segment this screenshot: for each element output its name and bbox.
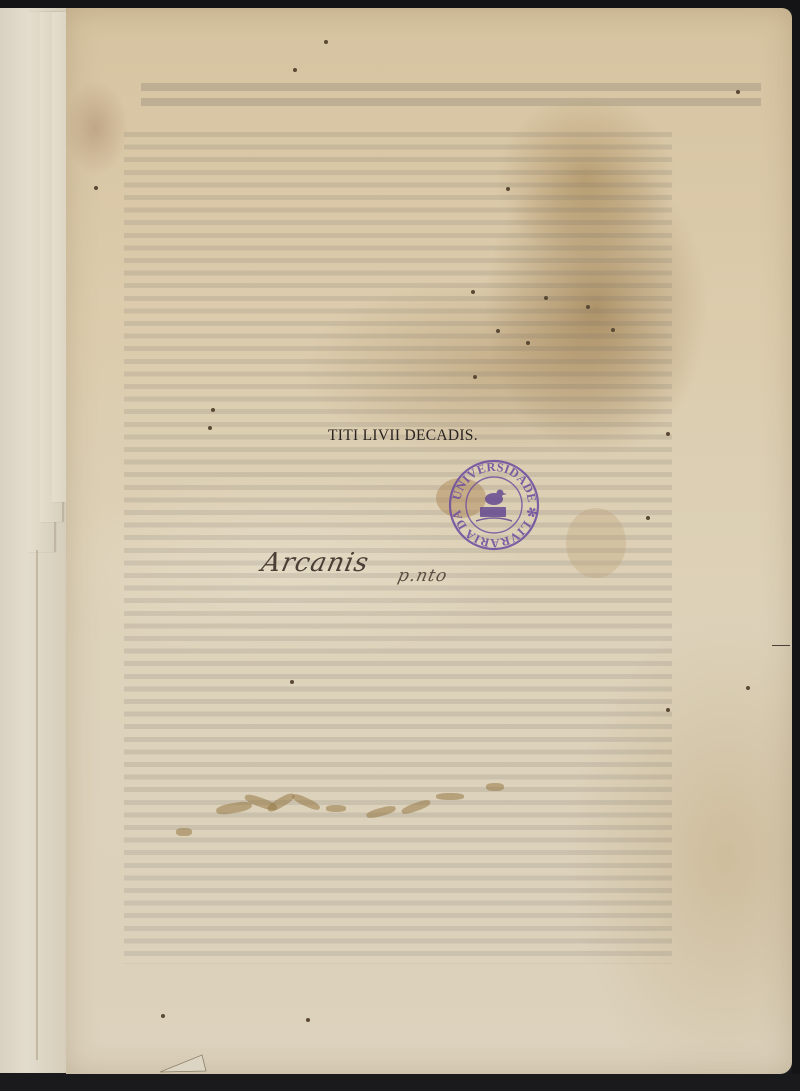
foxing-spot [211, 408, 215, 412]
water-stain [566, 508, 626, 578]
scanner-background-right [792, 8, 800, 1074]
wavy-stain [326, 805, 346, 812]
foxing-spot [666, 708, 670, 712]
foxing-spot [646, 516, 650, 520]
book-title: TITI LIVII DECADIS. [328, 427, 478, 445]
handwritten-annotation-2: p.nto [396, 566, 450, 586]
scanned-book-spread: TITI LIVII DECADIS. UNIVERSIDADE ✻ LIVRA… [0, 0, 800, 1091]
wavy-stain [436, 793, 464, 800]
foxing-spot [666, 432, 670, 436]
foxing-spot [290, 680, 294, 684]
margin-tick-mark [772, 645, 790, 646]
torn-corner-fold [160, 1053, 208, 1073]
bird-on-book-icon [476, 490, 512, 522]
foxing-spot [471, 290, 475, 294]
wavy-stain [486, 783, 504, 791]
foxing-spot [506, 187, 510, 191]
foxing-spot [746, 686, 750, 690]
foxing-spot [324, 40, 328, 44]
foxing-spot [208, 426, 212, 430]
foxing-spot [293, 68, 297, 72]
show-through-heading [141, 80, 761, 110]
foxing-spot [611, 328, 615, 332]
foxing-spot [736, 90, 740, 94]
library-stamp: UNIVERSIDADE ✻ LIVRARIA DA [448, 459, 540, 551]
foxing-spot [473, 375, 477, 379]
foxing-spot [306, 1018, 310, 1022]
foxing-spot [586, 305, 590, 309]
foxing-spot [94, 186, 98, 190]
recto-page [66, 8, 792, 1074]
handwritten-annotation: Arcanis [259, 548, 372, 578]
foxing-spot [496, 329, 500, 333]
foxing-spot [526, 341, 530, 345]
wavy-stain [176, 828, 192, 836]
foxing-spot [544, 296, 548, 300]
binding-fold-line [36, 550, 38, 1060]
foxing-spot [161, 1014, 165, 1018]
